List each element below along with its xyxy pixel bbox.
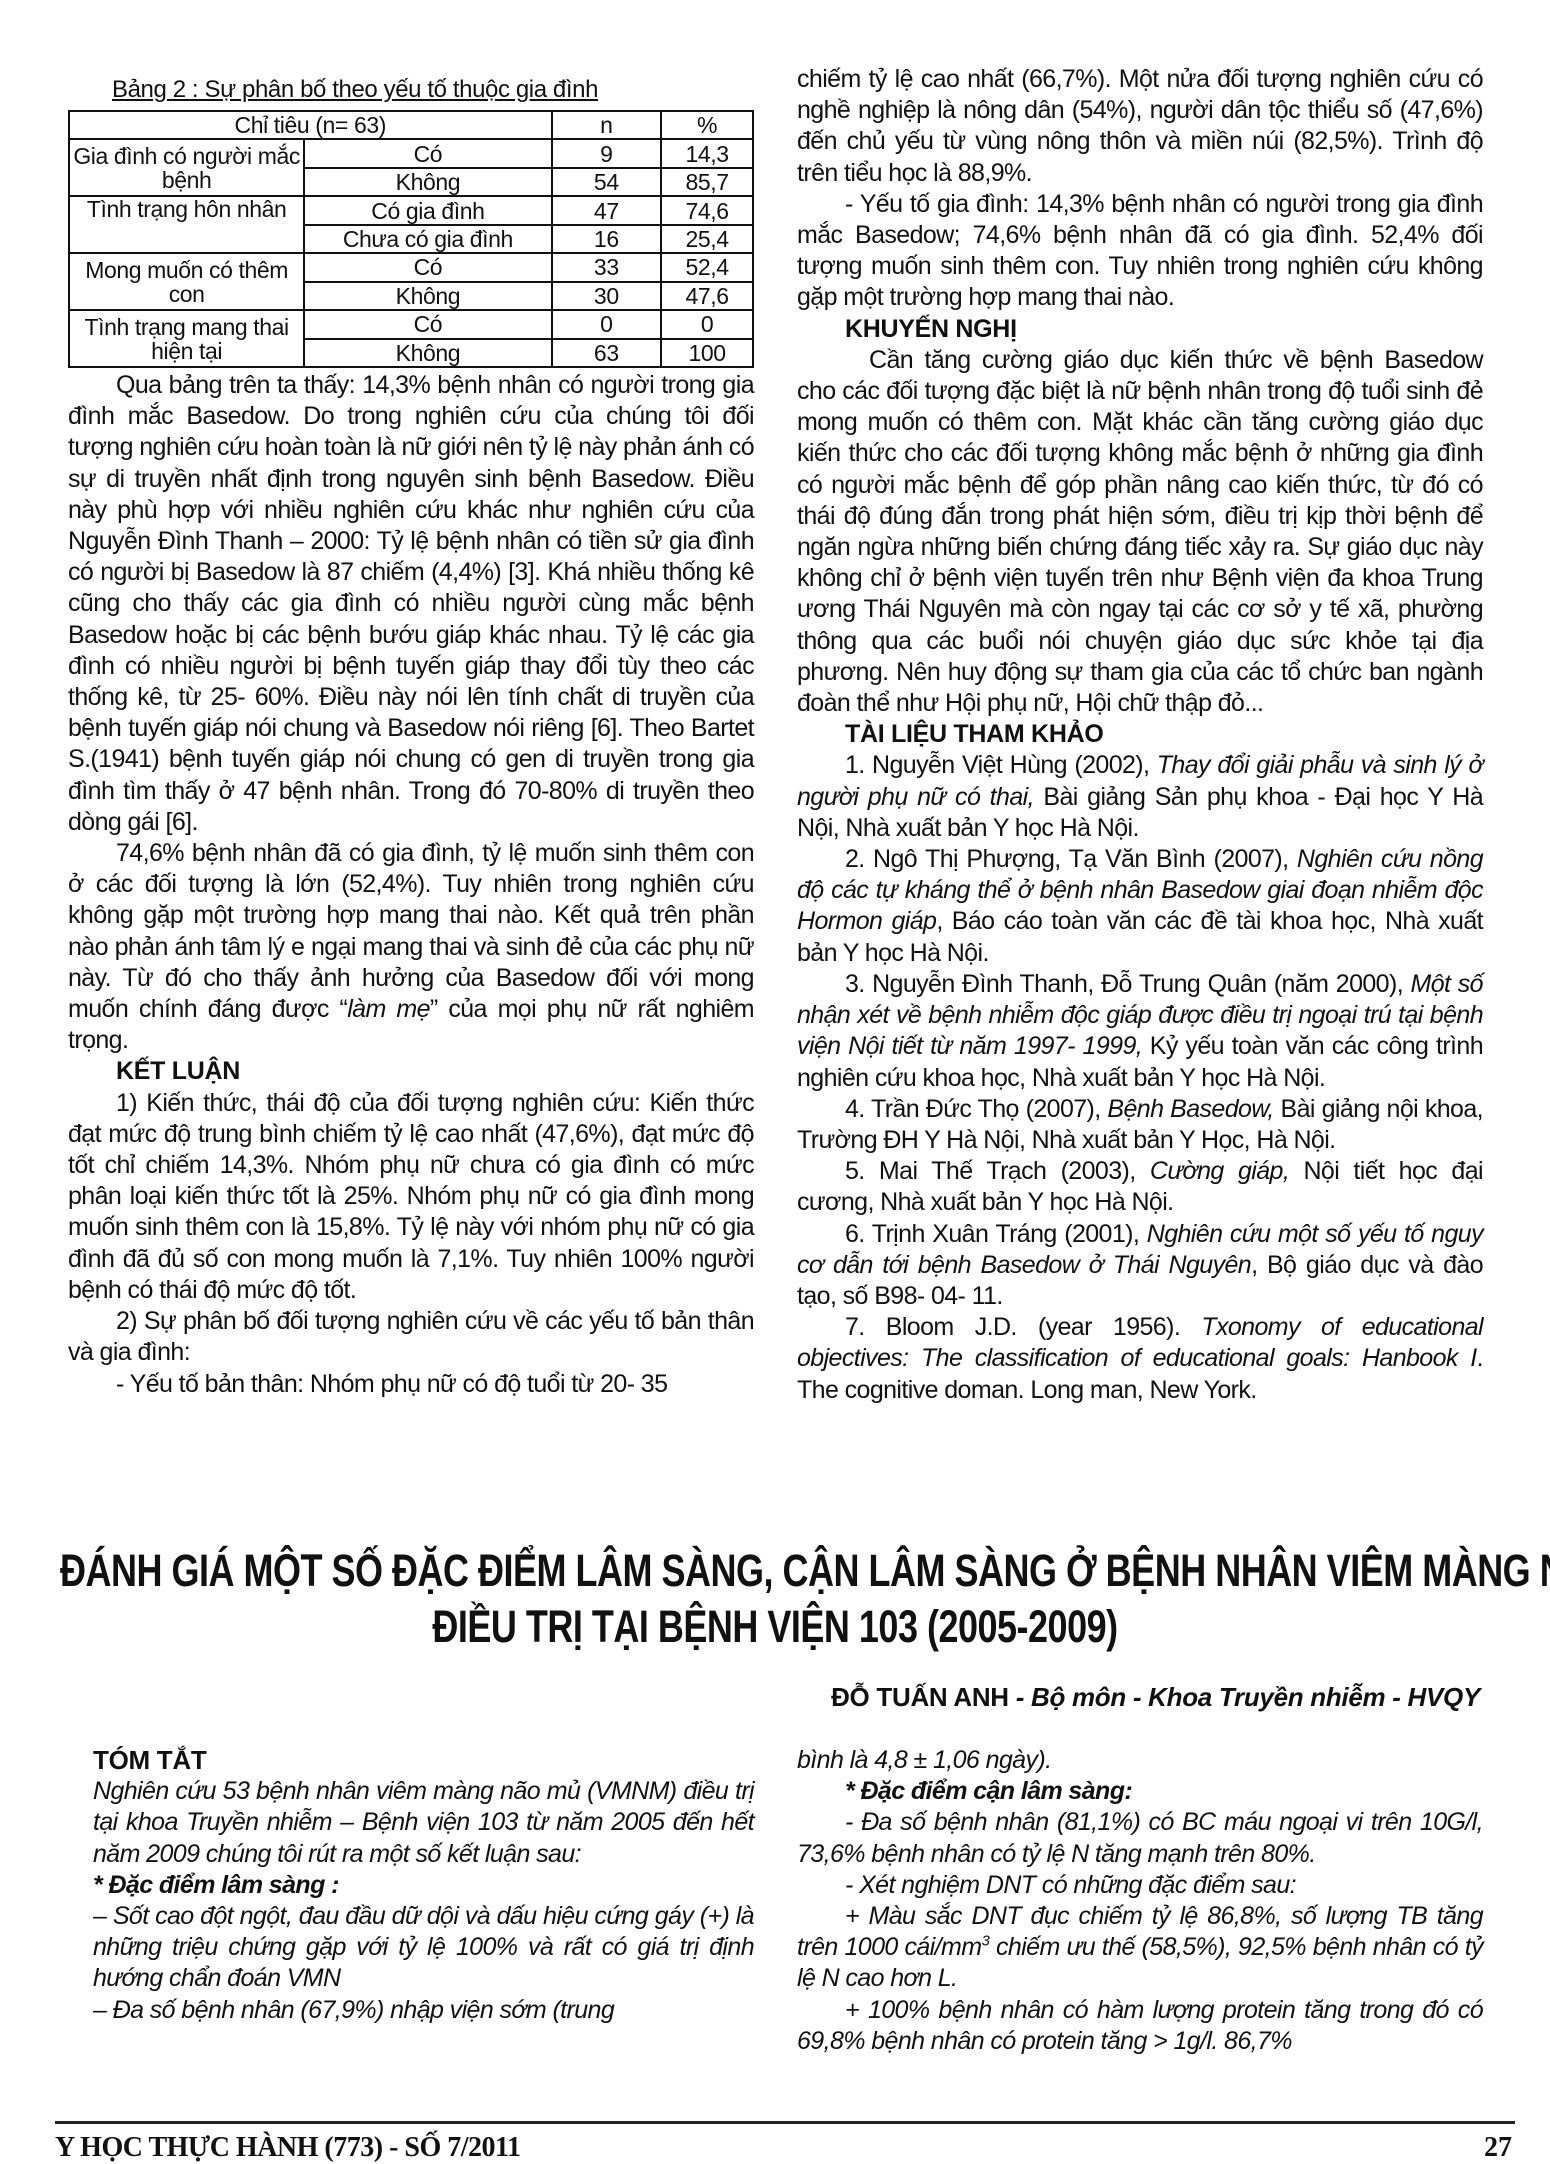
conclusion-3: - Yếu tố bản thân: Nhóm phụ nữ có độ tuổ… (68, 1369, 754, 1400)
option-cell: Có gia đình (304, 196, 551, 224)
option-cell: Có (304, 139, 551, 167)
ref-title: Cường giáp, (1150, 1157, 1289, 1185)
option-cell: Có (304, 253, 551, 281)
clinical-point-1: – Sốt cao đột ngột, đau đầu dữ dội và dấ… (93, 1901, 754, 1995)
ref-authors: 1. Nguyễn Việt Hùng (2002), (845, 751, 1157, 779)
clinical-point-2: – Đa số bệnh nhân (67,9%) nhập viện sớm … (93, 1995, 754, 2026)
group-label: Tình trạng mang thai hiện tại (69, 310, 304, 367)
paraclinical-point-3: + Màu sắc DNT đục chiếm tỷ lệ 86,8%, số … (797, 1901, 1483, 1995)
pct-cell: 74,6 (661, 196, 753, 224)
pct-cell: 85,7 (661, 168, 753, 196)
clinical-point-2-continued: bình là 4,8 ± 1,06 ngày). (797, 1745, 1483, 1776)
recommendation-heading: KHUYẾN NGHỊ (797, 314, 1483, 345)
header-criteria: Chỉ tiêu (n= 63) (69, 111, 552, 139)
pct-cell: 14,3 (661, 139, 753, 167)
option-cell: Không (304, 339, 551, 368)
group-label: Gia đình có người mắc bệnh (69, 139, 304, 196)
right-column-bottom: bình là 4,8 ± 1,06 ngày). * Đặc điểm cận… (797, 1745, 1483, 2057)
paraclinical-heading: * Đặc điểm cận lâm sàng: (797, 1776, 1483, 1807)
ref-authors: 5. Mai Thế Trạch (2003), (845, 1157, 1150, 1185)
table-header-row: Chỉ tiêu (n= 63) n % (69, 111, 753, 139)
table-row: Tình trạng hôn nhân Có gia đình 47 74,6 (69, 196, 753, 224)
right-column-top: chiếm tỷ lệ cao nhất (66,7%). Một nửa đố… (797, 64, 1483, 1406)
pct-cell: 100 (661, 339, 753, 368)
reference-item: 6. Trịnh Xuân Tráng (2001), Nghiên cứu m… (797, 1219, 1483, 1313)
conclusion-1: 1) Kiến thức, thái độ của đối tượng nghi… (68, 1088, 754, 1306)
option-cell: Chưa có gia đình (304, 225, 551, 253)
ref-authors: 4. Trần Đức Thọ (2007), (845, 1095, 1107, 1123)
pct-cell: 0 (661, 310, 753, 338)
reference-item: 4. Trần Đức Thọ (2007), Bệnh Basedow, Bà… (797, 1094, 1483, 1156)
table-row: Gia đình có người mắc bệnh Có 9 14,3 (69, 139, 753, 167)
conclusion-2: 2) Sự phân bố đối tượng nghiên cứu về cá… (68, 1306, 754, 1368)
paraclinical-point-2: - Xét nghiệm DNT có những đặc điểm sau: (797, 1870, 1483, 1901)
journal-footer: Y HỌC THỰC HÀNH (773) - SỐ 7/2011 (55, 2132, 520, 2164)
ref-authors: 3. Nguyễn Đình Thanh, Đỗ Trung Quân (năm… (845, 970, 1410, 998)
header-n: n (552, 111, 662, 139)
clinical-heading: * Đặc điểm lâm sàng : (93, 1870, 754, 1901)
n-cell: 30 (552, 282, 662, 310)
family-factors-table: Chỉ tiêu (n= 63) n % Gia đình có người m… (68, 110, 754, 368)
option-cell: Có (304, 310, 551, 338)
emphasis-text: làm mẹ (347, 995, 430, 1023)
conclusion-heading: KẾT LUẬN (68, 1056, 754, 1087)
group-label: Tình trạng hôn nhân (69, 196, 304, 253)
discussion-paragraph-1: Qua bảng trên ta thấy: 14,3% bệnh nhân c… (68, 370, 754, 838)
n-cell: 9 (552, 139, 662, 167)
summary-intro: Nghiên cứu 53 bệnh nhân viêm màng não mủ… (93, 1776, 754, 1870)
n-cell: 33 (552, 253, 662, 281)
recommendation-paragraph: Cần tăng cường giáo dục kiến thức về bện… (797, 345, 1483, 719)
reference-item: 7. Bloom J.D. (year 1956). Txonomy of ed… (797, 1312, 1483, 1406)
article-title-line-1: ĐÁNH GIÁ MỘT SỐ ĐẶC ĐIỂM LÂM SÀNG, CẬN L… (60, 1545, 1490, 1598)
discussion-paragraph-2: 74,6% bệnh nhân đã có gia đình, tỷ lệ mu… (68, 838, 754, 1056)
table-row: Mong muốn có thêm con Có 33 52,4 (69, 253, 753, 281)
author-line: ĐỖ TUẤN ANH - Bộ môn - Khoa Truyền nhiễm… (831, 1682, 1480, 1713)
factor-paragraph-2: - Yếu tố gia đình: 14,3% bệnh nhân có ng… (797, 189, 1483, 314)
n-cell: 63 (552, 339, 662, 368)
left-column-bottom: TÓM TẮT Nghiên cứu 53 bệnh nhân viêm màn… (93, 1745, 754, 2026)
n-cell: 54 (552, 168, 662, 196)
pct-cell: 25,4 (661, 225, 753, 253)
page-number: 27 (1484, 2132, 1512, 2164)
author-name: ĐỖ TUẤN ANH (831, 1682, 1009, 1712)
reference-item: 5. Mai Thế Trạch (2003), Cường giáp, Nội… (797, 1156, 1483, 1218)
pct-cell: 47,6 (661, 282, 753, 310)
paraclinical-point-4: + 100% bệnh nhân có hàm lượng protein tă… (797, 1995, 1483, 2057)
n-cell: 47 (552, 196, 662, 224)
factor-paragraph-1: chiếm tỷ lệ cao nhất (66,7%). Một nửa đố… (797, 64, 1483, 189)
option-cell: Không (304, 282, 551, 310)
n-cell: 16 (552, 225, 662, 253)
ref-authors: 6. Trịnh Xuân Tráng (2001), (845, 1220, 1147, 1248)
footer-divider (55, 2121, 1515, 2124)
references-heading: TÀI LIỆU THAM KHẢO (797, 719, 1483, 750)
option-cell: Không (304, 168, 551, 196)
left-column-top: Qua bảng trên ta thấy: 14,3% bệnh nhân c… (68, 370, 754, 1400)
table-row: Tình trạng mang thai hiện tại Có 0 0 (69, 310, 753, 338)
reference-item: 1. Nguyễn Việt Hùng (2002), Thay đổi giả… (797, 750, 1483, 844)
group-label: Mong muốn có thêm con (69, 253, 304, 310)
article-title-line-2: ĐIỀU TRỊ TẠI BỆNH VIỆN 103 (2005-2009) (60, 1601, 1490, 1654)
paraclinical-point-1: - Đa số bệnh nhân (81,1%) có BC máu ngoạ… (797, 1807, 1483, 1869)
ref-title: Bệnh Basedow, (1107, 1095, 1273, 1123)
reference-item: 3. Nguyễn Đình Thanh, Đỗ Trung Quân (năm… (797, 969, 1483, 1094)
reference-item: 2. Ngô Thị Phượng, Tạ Văn Bình (2007), N… (797, 844, 1483, 969)
header-pct: % (661, 111, 753, 139)
n-cell: 0 (552, 310, 662, 338)
ref-authors: 2. Ngô Thị Phượng, Tạ Văn Bình (2007), (845, 845, 1297, 873)
author-affiliation: - Bộ môn - Khoa Truyền nhiễm - HVQY (1009, 1682, 1480, 1712)
pct-cell: 52,4 (661, 253, 753, 281)
ref-authors: 7. Bloom J.D. (year 1956). (845, 1313, 1201, 1341)
table-caption: Bảng 2 : Sự phân bố theo yếu tố thuộc gi… (112, 76, 598, 104)
summary-heading: TÓM TẮT (93, 1745, 754, 1776)
